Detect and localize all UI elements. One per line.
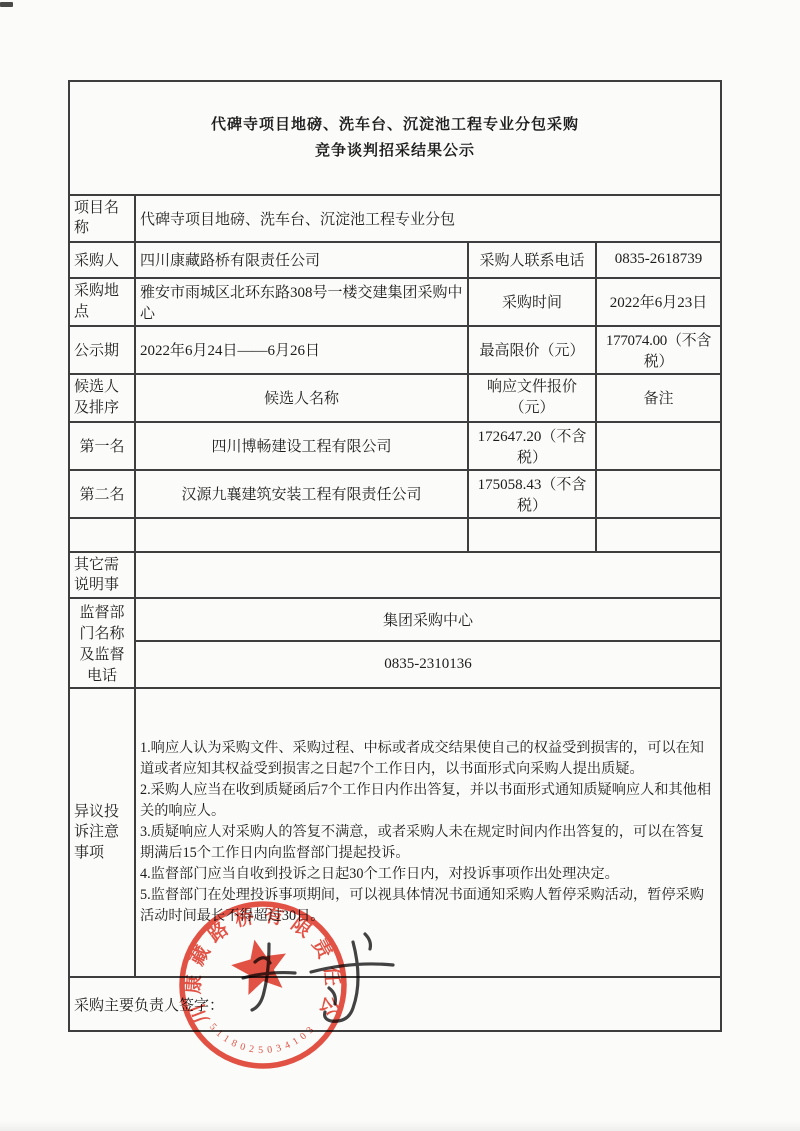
candidate-row-1: 第一名 四川博畅建设工程有限公司 172647.20（不含税）	[69, 422, 721, 470]
objection-item-2: 2.采购人应当在收到质疑函后7个工作日内作出答复，并以书面形式通知质疑响应人和其…	[140, 780, 716, 822]
location-value: 雅安市雨城区北环东路308号一楼交建集团采购中心	[135, 278, 468, 326]
other-notes-label-cell: 其它需说明事	[69, 552, 135, 599]
supervision-label: 监督部门名称及监督电话	[74, 601, 130, 685]
project-name-label: 项目名称	[74, 198, 119, 239]
candidate-name-header: 候选人名称	[135, 374, 468, 422]
other-notes-label: 其它需说明事	[74, 555, 119, 596]
scan-edge-shadow	[0, 1121, 800, 1131]
candidate-1-rank: 第一名	[69, 422, 135, 470]
location-label: 采购地点	[74, 281, 119, 322]
objection-item-1: 1.响应人认为采购文件、采购过程、中标或者成交结果使自己的权益受到损害的，可以在…	[140, 738, 716, 780]
time-label: 采购时间	[468, 278, 596, 326]
empty-remark-cell	[596, 518, 721, 552]
purchaser-phone-label: 采购人联系电话	[468, 242, 596, 278]
supervision-phone: 0835-2310136	[135, 641, 721, 689]
signature-row: 采购主要负责人签字：	[69, 977, 721, 1031]
candidate-price-header-cell: 响应文件报价（元）	[468, 374, 596, 422]
publicity-period-value: 2022年6月24日——6月26日	[135, 326, 468, 374]
document-title: 代碑寺项目地磅、洗车台、沉淀池工程专业分包采购 竞争谈判招采结果公示	[69, 81, 721, 195]
max-price-label: 最高限价（元）	[468, 326, 596, 374]
objection-item-4: 4.监督部门应当自收到投诉之日起30个工作日内，对投诉事项作出处理决定。	[140, 864, 716, 885]
purchaser-label: 采购人	[69, 242, 135, 278]
objection-label-cell: 异议投诉注意事项	[69, 688, 135, 977]
candidate-remark-header: 备注	[596, 374, 721, 422]
scan-artifact	[0, 2, 13, 7]
purchaser-phone-value: 0835-2618739	[596, 242, 721, 278]
title-line-2: 竞争谈判招采结果公示	[74, 138, 716, 164]
scanned-document-page: 代碑寺项目地磅、洗车台、沉淀池工程专业分包采购 竞争谈判招采结果公示 项目名称 …	[0, 0, 800, 1131]
empty-name-cell	[135, 518, 468, 552]
candidate-rank-header-cell: 候选人及排序	[69, 374, 135, 422]
candidate-2-remark	[596, 470, 721, 518]
objection-content: 1.响应人认为采购文件、采购过程、中标或者成交结果使自己的权益受到损害的，可以在…	[135, 688, 721, 977]
objection-label: 异议投诉注意事项	[74, 802, 119, 863]
project-name-value: 代碑寺项目地磅、洗车台、沉淀池工程专业分包	[135, 195, 721, 242]
supervision-label-cell: 监督部门名称及监督电话	[69, 598, 135, 688]
max-price-value: 177074.00（不含税）	[596, 326, 721, 374]
candidate-row-empty	[69, 518, 721, 552]
objection-item-5: 5.监督部门在处理投诉事项期间，可以视具体情况书面通知采购人暂停采购活动，暂停采…	[140, 885, 716, 927]
candidate-1-price: 172647.20（不含税）	[468, 422, 596, 470]
signature-label: 采购主要负责人签字：	[74, 998, 224, 1014]
candidate-1-remark	[596, 422, 721, 470]
candidate-price-header: 响应文件报价（元）	[487, 377, 577, 419]
title-line-1: 代碑寺项目地磅、洗车台、沉淀池工程专业分包采购	[74, 112, 716, 138]
objection-item-3: 3.质疑响应人对采购人的答复不满意，或者采购人未在规定时间内作出答复的，可以在答…	[140, 822, 716, 864]
purchaser-value: 四川康藏路桥有限责任公司	[135, 242, 468, 278]
candidate-2-name: 汉源九襄建筑安装工程有限责任公司	[135, 470, 468, 518]
candidate-rank-header: 候选人及排序	[74, 377, 119, 418]
empty-rank-cell	[69, 518, 135, 552]
other-notes-value	[135, 552, 721, 599]
supervision-department: 集团采购中心	[135, 598, 721, 641]
publicity-period-label: 公示期	[69, 326, 135, 374]
time-value: 2022年6月23日	[596, 278, 721, 326]
empty-price-cell	[468, 518, 596, 552]
candidate-row-2: 第二名 汉源九襄建筑安装工程有限责任公司 175058.43（不含税）	[69, 470, 721, 518]
project-name-label-cell: 项目名称	[69, 195, 135, 242]
candidate-2-price: 175058.43（不含税）	[468, 470, 596, 518]
candidate-1-name: 四川博畅建设工程有限公司	[135, 422, 468, 470]
candidate-2-rank: 第二名	[69, 470, 135, 518]
location-label-cell: 采购地点	[69, 278, 135, 326]
procurement-result-table: 代碑寺项目地磅、洗车台、沉淀池工程专业分包采购 竞争谈判招采结果公示 项目名称 …	[68, 80, 722, 1032]
